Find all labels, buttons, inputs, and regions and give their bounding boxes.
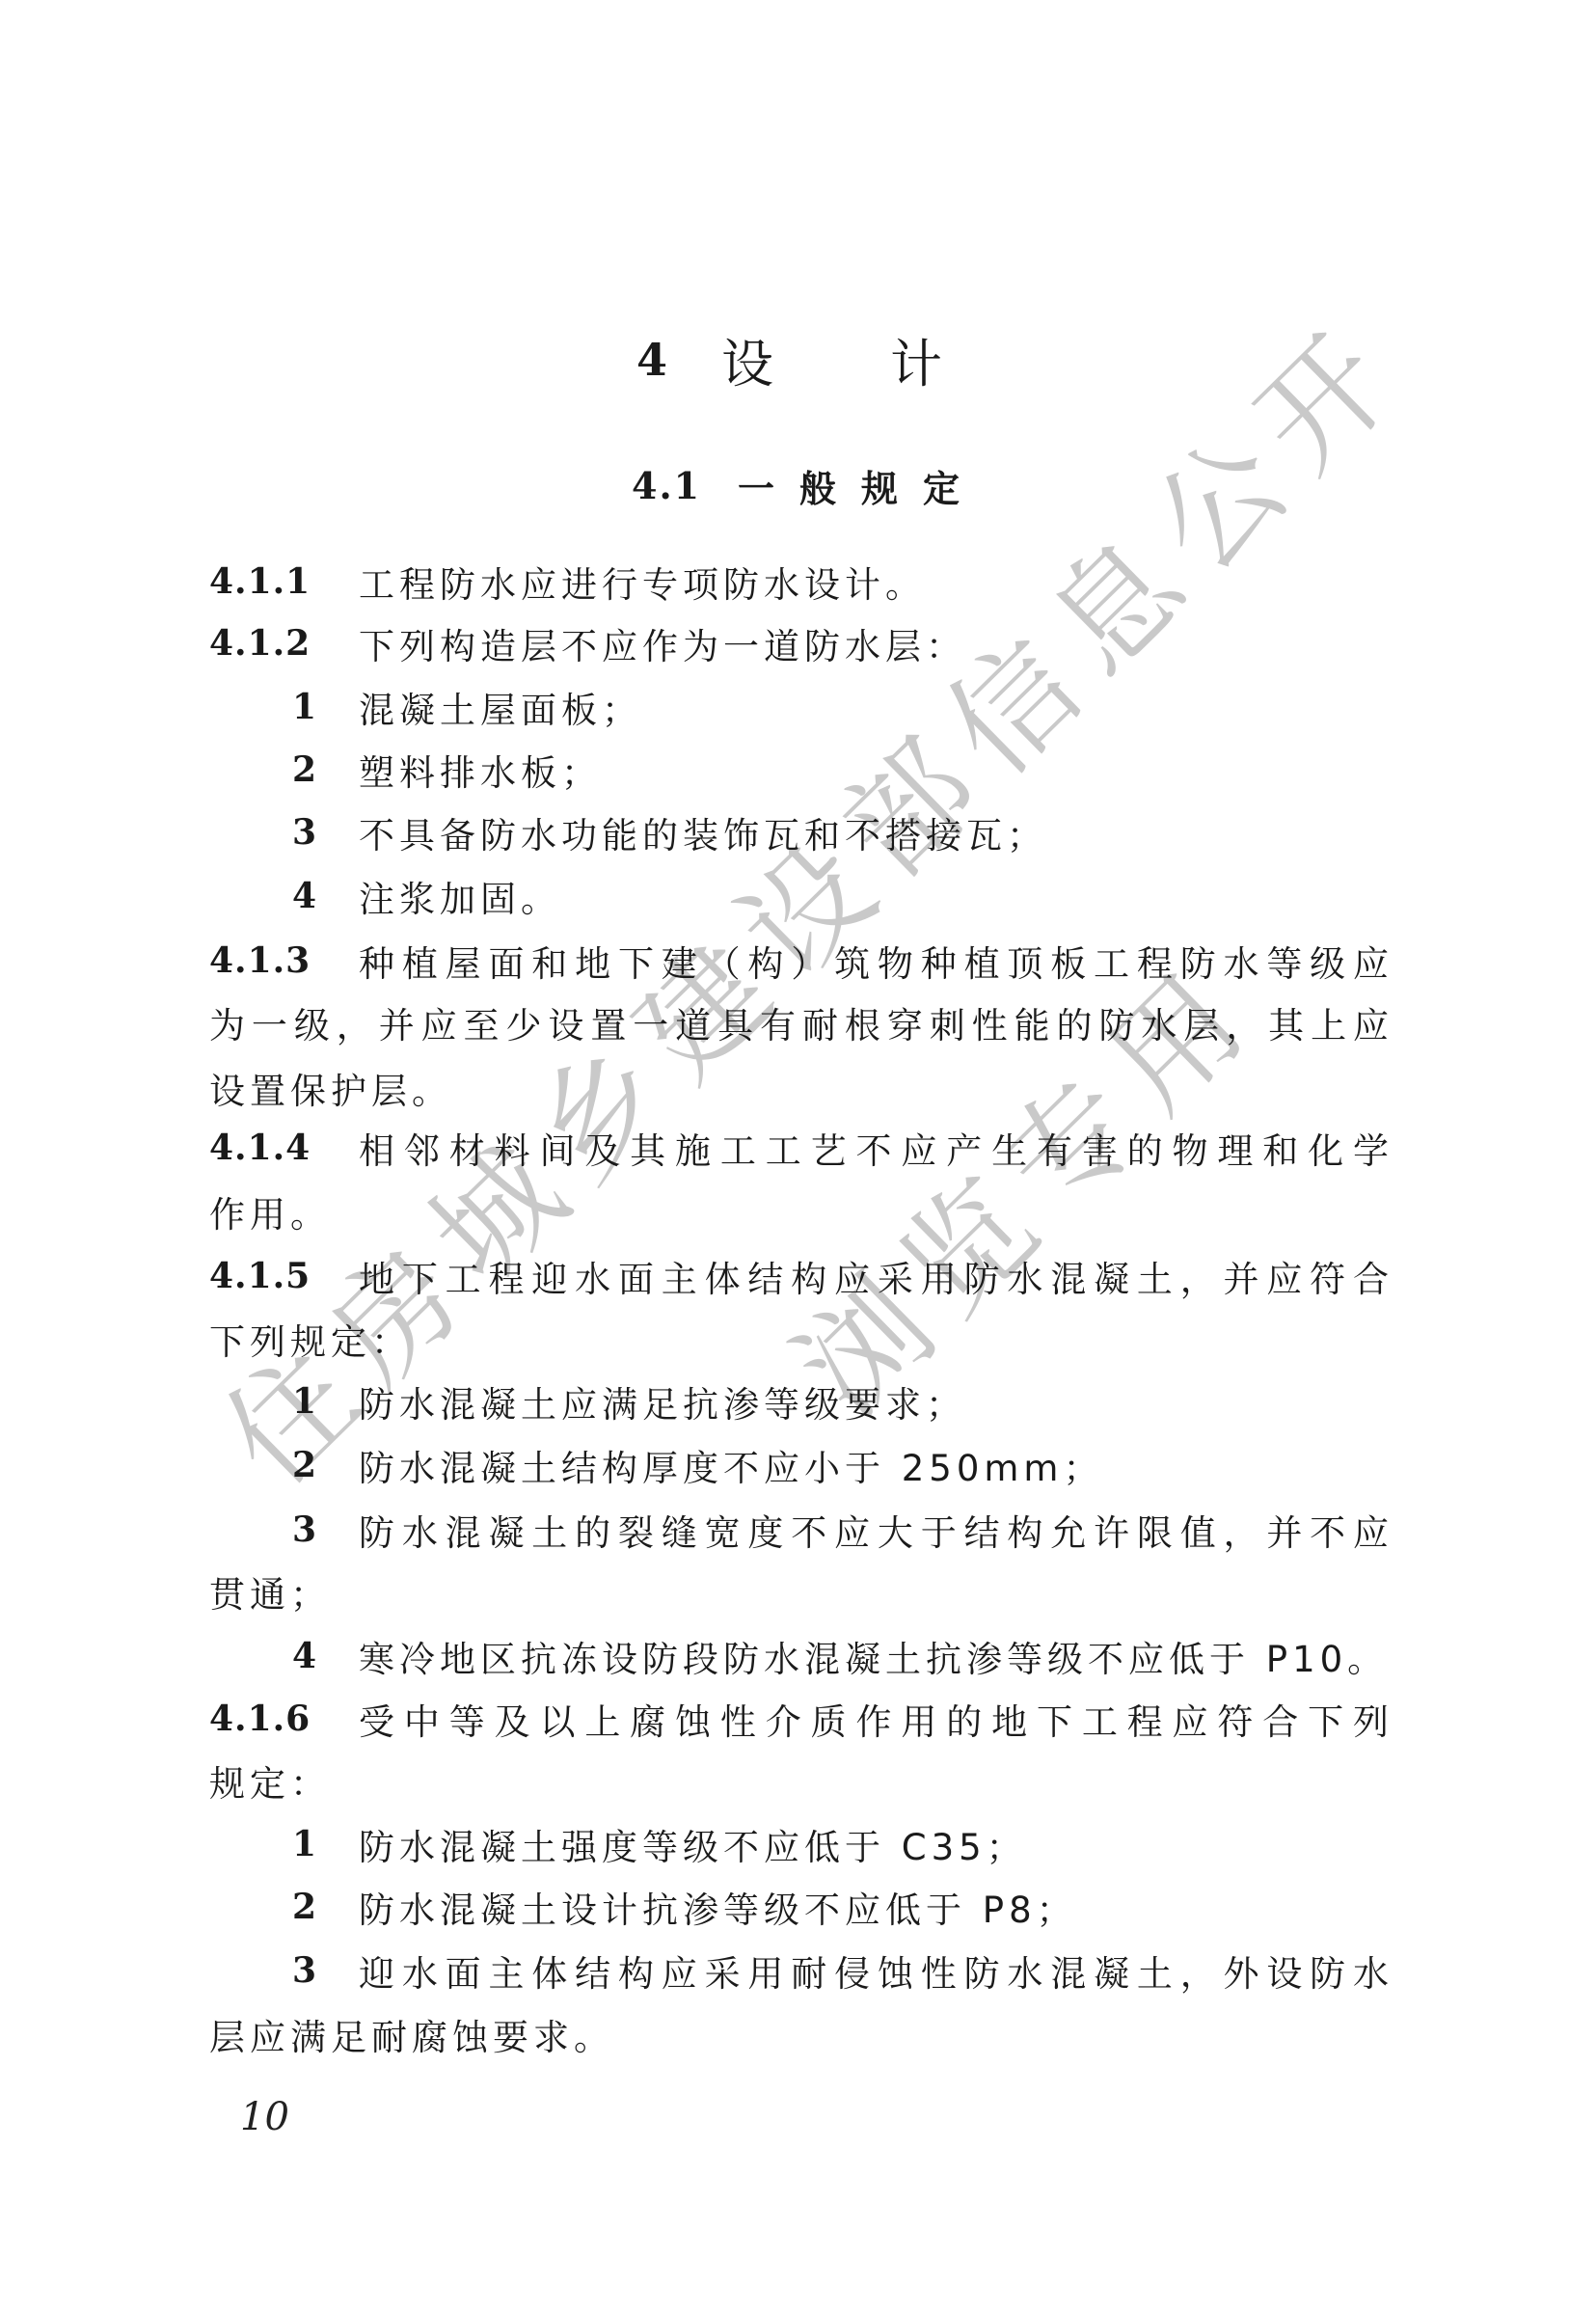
item-number: 1 <box>209 687 359 727</box>
item-text: 防水混凝土的裂缝宽度不应大于结构允许限值，并不应 <box>359 1504 1389 1556</box>
list-item: 2 防水混凝土结构厚度不应小于 250mm； <box>209 1433 1389 1497</box>
section-number: 4.1 <box>632 464 738 507</box>
clause-4-1-5: 4.1.5 地下工程迎水面主体结构应采用防水混凝土，并应符合 <box>209 1244 1389 1308</box>
item-number: 3 <box>209 812 359 853</box>
item-number: 4 <box>209 1636 359 1676</box>
clause-4-1-1: 4.1.1 工程防水应进行专项防水设计。 <box>209 550 1389 613</box>
item-text: 层应满足耐腐蚀要求。 <box>209 2008 1389 2060</box>
item-number: 2 <box>209 749 359 790</box>
item-number: 4 <box>209 876 359 916</box>
clause-number: 4.1.6 <box>209 1699 359 1739</box>
list-item: 3 防水混凝土的裂缝宽度不应大于结构允许限值，并不应 <box>209 1498 1389 1562</box>
clause-text: 下列构造层不应作为一道防水层： <box>359 617 1389 669</box>
section-title: 一般规定 <box>738 459 985 512</box>
list-item-continuation: 贯通； <box>209 1560 1389 1623</box>
clause-text: 规定： <box>209 1754 1389 1807</box>
chapter-title: 4 设 计 <box>636 331 942 389</box>
list-item: 3 迎水面主体结构应采用耐侵蚀性防水混凝土，外设防水 <box>209 1939 1389 2002</box>
document-page: 住房城乡建设部信息公开 浏览专用 4 设 计 4.1 一般规定 4.1.1 工程… <box>0 0 1596 2311</box>
clause-text: 种植屋面和地下建（构）筑物种植顶板工程防水等级应 <box>359 935 1389 987</box>
clause-continuation: 设置保护层。 <box>209 1056 1389 1120</box>
clause-text: 设置保护层。 <box>209 1062 1389 1114</box>
chapter-number: 4 <box>636 334 721 386</box>
list-item: 3 不具备防水功能的装饰瓦和不搭接瓦； <box>209 801 1389 864</box>
item-number: 1 <box>209 1824 359 1864</box>
clause-text: 相邻材料间及其施工工艺不应产生有害的物理和化学 <box>359 1122 1389 1174</box>
list-item: 1 混凝土屋面板； <box>209 675 1389 739</box>
item-text: 防水混凝土应满足抗渗等级要求； <box>359 1375 1389 1427</box>
item-number: 1 <box>209 1381 359 1422</box>
clause-4-1-3: 4.1.3 种植屋面和地下建（构）筑物种植顶板工程防水等级应 <box>209 929 1389 992</box>
page-number: 10 <box>240 2095 289 2139</box>
item-text: 混凝土屋面板； <box>359 681 1389 733</box>
list-item: 2 防水混凝土设计抗渗等级不应低于 P8； <box>209 1875 1389 1939</box>
clause-text: 受中等及以上腐蚀性介质作用的地下工程应符合下列 <box>359 1693 1389 1745</box>
item-text: 寒冷地区抗冻设防段防水混凝土抗渗等级不应低于 P10。 <box>359 1630 1389 1682</box>
clause-text: 工程防水应进行专项防水设计。 <box>359 556 1389 608</box>
clause-text: 作用。 <box>209 1185 1389 1237</box>
list-item: 2 塑料排水板； <box>209 738 1389 802</box>
clause-number: 4.1.3 <box>209 940 359 981</box>
item-text: 注浆加固。 <box>359 870 1389 922</box>
list-item: 1 防水混凝土应满足抗渗等级要求； <box>209 1370 1389 1433</box>
list-item-continuation: 层应满足耐腐蚀要求。 <box>209 2002 1389 2066</box>
item-number: 2 <box>209 1445 359 1485</box>
clause-4-1-4: 4.1.4 相邻材料间及其施工工艺不应产生有害的物理和化学 <box>209 1116 1389 1180</box>
item-text: 塑料排水板； <box>359 744 1389 796</box>
clause-continuation: 作用。 <box>209 1180 1389 1243</box>
clause-continuation: 为一级，并应至少设置一道具有耐根穿刺性能的防水层，其上应 <box>209 991 1389 1054</box>
item-text: 防水混凝土设计抗渗等级不应低于 P8； <box>359 1881 1389 1933</box>
item-text: 贯通； <box>209 1565 1389 1618</box>
item-number: 2 <box>209 1887 359 1927</box>
clause-continuation: 下列规定： <box>209 1307 1389 1371</box>
item-number: 3 <box>209 1509 359 1550</box>
clause-number: 4.1.4 <box>209 1128 359 1168</box>
clause-number: 4.1.2 <box>209 623 359 664</box>
clause-text: 地下工程迎水面主体结构应采用防水混凝土，并应符合 <box>359 1250 1389 1302</box>
chapter-title-part-1: 设 <box>721 323 890 397</box>
clause-4-1-6: 4.1.6 受中等及以上腐蚀性介质作用的地下工程应符合下列 <box>209 1687 1389 1751</box>
item-text: 迎水面主体结构应采用耐侵蚀性防水混凝土，外设防水 <box>359 1944 1389 1997</box>
clause-number: 4.1.1 <box>209 561 359 602</box>
item-number: 3 <box>209 1950 359 1991</box>
clause-number: 4.1.5 <box>209 1256 359 1296</box>
clause-continuation: 规定： <box>209 1749 1389 1812</box>
item-text: 防水混凝土结构厚度不应小于 250mm； <box>359 1439 1389 1491</box>
list-item: 4 注浆加固。 <box>209 864 1389 928</box>
list-item: 1 防水混凝土强度等级不应低于 C35； <box>209 1812 1389 1876</box>
clause-text: 为一级，并应至少设置一道具有耐根穿刺性能的防水层，其上应 <box>209 996 1389 1048</box>
clause-4-1-2: 4.1.2 下列构造层不应作为一道防水层： <box>209 612 1389 675</box>
item-text: 防水混凝土强度等级不应低于 C35； <box>359 1818 1389 1870</box>
clause-text: 下列规定： <box>209 1313 1389 1365</box>
item-text: 不具备防水功能的装饰瓦和不搭接瓦； <box>359 806 1389 858</box>
list-item: 4 寒冷地区抗冻设防段防水混凝土抗渗等级不应低于 P10。 <box>209 1624 1389 1688</box>
section-heading: 4.1 一般规定 <box>632 463 985 507</box>
chapter-title-part-2: 计 <box>890 323 942 397</box>
